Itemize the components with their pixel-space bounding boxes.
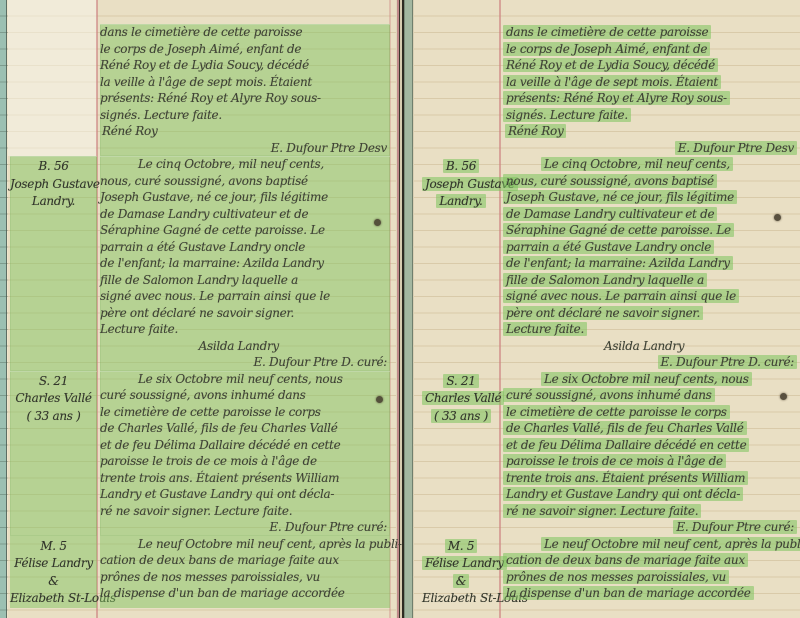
handwritten-text: E. Dufour Ptre Desv [271,141,387,155]
handwritten-text: curé soussigné, avons inhumé dans [100,388,306,402]
text-line: Réné Roy et de Lydia Soucy, décédé [100,57,390,74]
handwritten-text: Félise Landry [422,556,507,570]
records-column: dans le cimetière de cette paroissele co… [422,0,800,618]
margin-annotations: M. 5Félise Landry&Elizabeth St-Louis [422,536,500,618]
text-line: cation de deux bans de mariage faite aux [100,552,390,569]
handwritten-text: & [48,574,58,588]
margin-annotation-line: ( 33 ans ) [10,408,97,426]
text-line: et de feu Délima Dallaire décédé en cett… [503,437,800,454]
handwritten-text: la dispense d'un ban de mariage accordée [503,586,754,600]
text-line: de Charles Vallé, fils de feu Charles Va… [100,420,390,437]
margin-annotation-line: Landry. [422,193,500,211]
handwritten-text: Le six Octobre mil neuf cents, nous [541,372,752,386]
text-line: la veille à l'âge de sept mois. Étaient [503,74,800,91]
text-line: E. Dufour Ptre Desv [100,140,390,157]
handwritten-text: Asilda Landry [604,339,684,353]
handwritten-text: Asilda Landry [199,339,279,353]
handwritten-text: parrain a été Gustave Landry oncle [503,240,714,254]
handwritten-text: Lecture faite. [100,322,178,336]
text-line: le corps de Joseph Aimé, enfant de [503,41,800,58]
record-text-block: Le six Octobre mil neuf cents, nouscuré … [503,371,800,536]
text-line: Landry et Gustave Landry qui ont décla- [100,486,390,503]
handwritten-text: Réné Roy et de Lydia Soucy, décédé [100,58,309,72]
parish-register-scan-spread: dans le cimetière de cette paroissele co… [0,0,800,618]
handwritten-text: Charles Vallé [422,391,504,405]
handwritten-text: père ont déclaré ne savoir signer. [503,306,703,320]
margin-annotation-line: Félise Landry [422,555,500,573]
text-line: Lecture faite. [503,321,800,338]
record-text-block: Le neuf Octobre mil neuf cent, après la … [100,536,390,618]
handwritten-text: B. 56 [443,159,479,173]
text-line: Séraphine Gagné de cette paroisse. Le [503,222,800,239]
handwritten-text: père ont déclaré ne savoir signer. [100,306,294,320]
handwritten-text: Landry. [32,194,75,208]
record-burial-s21-charles-valle: S. 21Charles Vallé( 33 ans )Le six Octob… [422,371,800,536]
handwritten-text: de l'enfant; la marraine: Azilda Landry [100,256,324,270]
text-line: Le cinq Octobre, mil neuf cents, [100,156,390,173]
margin-annotations: B. 56Joseph GustaveLandry. [10,156,97,371]
text-line: Landry et Gustave Landry qui ont décla- [503,486,800,503]
record-text-block: Le six Octobre mil neuf cents, nouscuré … [100,371,390,536]
record-marriage-m5: M. 5Félise Landry&Elizabeth St-LouisLe n… [10,536,390,618]
handwritten-text: et de feu Délima Dallaire décédé en cett… [503,438,749,452]
handwritten-text: Lecture faite. [503,322,587,336]
text-line: Joseph Gustave, né ce jour, fils légitim… [100,189,390,206]
handwritten-text: ( 33 ans ) [26,409,80,423]
margin-annotations: B. 56Joseph GustaveLandry. [422,156,500,371]
handwritten-text: cation de deux bans de mariage faite aux [100,553,339,567]
handwritten-text: ré ne savoir signer. Lecture faite. [100,504,292,518]
text-line: de l'enfant; la marraine: Azilda Landry [100,255,390,272]
handwritten-text: de Damase Landry cultivateur et de [100,207,308,221]
handwritten-text: paroisse le trois de ce mois à l'âge de [503,454,726,468]
record-text-block: Le cinq Octobre, mil neuf cents,nous, cu… [503,156,800,371]
handwritten-text: Le neuf Octobre mil neuf cent, après la … [541,537,800,551]
handwritten-text: cation de deux bans de mariage faite aux [503,553,748,567]
text-line: parrain a été Gustave Landry oncle [503,239,800,256]
text-line: E. Dufour Ptre D. curé: [100,354,390,371]
text-line: ré ne savoir signer. Lecture faite. [100,503,390,520]
handwritten-text: S. 21 [39,374,68,388]
text-line: dans le cimetière de cette paroisse [100,24,390,41]
handwritten-text: E. Dufour Ptre Desv [675,141,797,155]
text-line: prônes de nos messes paroissiales, vu [100,569,390,586]
text-line: le cimetière de cette paroisse le corps [503,404,800,421]
text-line: nous, curé soussigné, avons baptisé [503,173,800,190]
handwritten-text: Joseph Gustave, né ce jour, fils légitim… [503,190,737,204]
handwritten-text: trente trois ans. Étaient présents Willi… [503,471,748,485]
handwritten-text: Félise Landry [14,556,93,570]
handwritten-text: M. 5 [445,539,477,553]
margin-annotations: M. 5Félise Landry&Elizabeth St-Louis [10,536,97,618]
margin-annotation-line: Joseph Gustave [10,176,97,194]
handwritten-text: la dispense d'un ban de mariage accordée [100,586,345,600]
record-burial-joseph-aime: dans le cimetière de cette paroissele co… [10,24,390,156]
text-line: trente trois ans. Étaient présents Willi… [503,470,800,487]
punch-hole [374,219,381,226]
handwritten-text: Le neuf Octobre mil neuf cent, après la … [138,537,402,551]
handwritten-text: signés. Lecture faite. [503,108,631,122]
handwritten-text: Séraphine Gagné de cette paroisse. Le [503,223,734,237]
text-line: la dispense d'un ban de mariage accordée [100,585,390,602]
text-line: Le neuf Octobre mil neuf cent, après la … [100,536,390,553]
text-line: Le cinq Octobre, mil neuf cents, [503,156,800,173]
handwritten-text: nous, curé soussigné, avons baptisé [100,174,308,188]
text-line: de l'enfant; la marraine: Azilda Landry [503,255,800,272]
text-line: prônes de nos messes paroissiales, vu [503,569,800,586]
record-text-block: dans le cimetière de cette paroissele co… [100,24,390,156]
text-line: et de feu Délima Dallaire décédé en cett… [100,437,390,454]
handwritten-text: fille de Salomon Landry laquelle a [100,273,298,287]
margin-annotation-line: M. 5 [422,538,500,556]
record-baptism-b56: B. 56Joseph GustaveLandry.Le cinq Octobr… [422,156,800,371]
handwritten-text: de Damase Landry cultivateur et de [503,207,717,221]
text-line: Le neuf Octobre mil neuf cent, après la … [503,536,800,553]
handwritten-text: B. 56 [38,159,68,173]
record-marriage-m5: M. 5Félise Landry&Elizabeth St-LouisLe n… [422,536,800,618]
text-line: nous, curé soussigné, avons baptisé [100,173,390,190]
text-line: curé soussigné, avons inhumé dans [503,387,800,404]
text-line: de Damase Landry cultivateur et de [100,206,390,223]
records-column: dans le cimetière de cette paroissele co… [10,0,390,618]
page-line-highlights: dans le cimetière de cette paroissele co… [414,0,800,618]
text-line: fille de Salomon Landry laquelle a [503,272,800,289]
text-line: le cimetière de cette paroisse le corps [100,404,390,421]
text-line: la dispense d'un ban de mariage accordée [503,585,800,602]
margin-annotations [422,24,500,156]
margin-annotation-line: B. 56 [10,158,97,176]
handwritten-text: signé avec nous. Le parrain ainsi que le [100,289,330,303]
margin-annotation-line: M. 5 [10,538,97,556]
text-line: fille de Salomon Landry laquelle a [100,272,390,289]
margin-annotation-line: Elizabeth St-Louis [422,590,500,608]
handwritten-text: Charles Vallé [15,391,91,405]
text-line: trente trois ans. Étaient présents Willi… [100,470,390,487]
margin-annotation-line: Charles Vallé [10,390,97,408]
text-line: E. Dufour Ptre curé: [503,519,800,536]
handwritten-text: Séraphine Gagné de cette paroisse. Le [100,223,325,237]
margin-annotation-line: Charles Vallé [422,390,500,408]
record-text-block: Le neuf Octobre mil neuf cent, après la … [503,536,800,618]
margin-annotation-line: S. 21 [10,373,97,391]
handwritten-text: E. Dufour Ptre D. curé: [254,355,388,369]
record-burial-joseph-aime: dans le cimetière de cette paroissele co… [422,24,800,156]
binding-edge-strip [0,0,8,618]
handwritten-text: Landry et Gustave Landry qui ont décla- [503,487,743,501]
handwritten-text: trente trois ans. Étaient présents Willi… [100,471,339,485]
text-line: dans le cimetière de cette paroisse [503,24,800,41]
text-line: Séraphine Gagné de cette paroisse. Le [100,222,390,239]
handwritten-text: présents: Réné Roy et Alyre Roy sous- [503,91,730,105]
handwritten-text: Le six Octobre mil neuf cents, nous [138,372,343,386]
text-line: de Charles Vallé, fils de feu Charles Va… [503,420,800,437]
handwritten-text: Réné Roy [505,124,566,138]
text-line: signés. Lecture faite. [503,107,800,124]
handwritten-text: fille de Salomon Landry laquelle a [503,273,707,287]
text-line: cation de deux bans de mariage faite aux [503,552,800,569]
book-gutter [396,0,414,618]
handwritten-text: le corps de Joseph Aimé, enfant de [100,42,301,56]
text-line: Réné Roy et de Lydia Soucy, décédé [503,57,800,74]
text-line: Le six Octobre mil neuf cents, nous [100,371,390,388]
handwritten-text: la veille à l'âge de sept mois. Étaient [503,75,721,89]
text-line: Le six Octobre mil neuf cents, nous [503,371,800,388]
handwritten-text: & [453,574,469,588]
record-text-block: dans le cimetière de cette paroissele co… [503,24,800,156]
margin-annotation-line: B. 56 [422,158,500,176]
record-text-block: Le cinq Octobre, mil neuf cents,nous, cu… [100,156,390,371]
page-region-highlights: dans le cimetière de cette paroissele co… [0,0,396,618]
text-line: Asilda Landry [100,338,390,355]
text-line: signé avec nous. Le parrain ainsi que le [503,288,800,305]
text-line: présents: Réné Roy et Alyre Roy sous- [503,90,800,107]
punch-hole [774,214,781,221]
handwritten-text: dans le cimetière de cette paroisse [503,25,711,39]
margin-annotations: S. 21Charles Vallé( 33 ans ) [422,371,500,536]
punch-hole [376,396,383,403]
handwritten-text: Le cinq Octobre, mil neuf cents, [138,157,324,171]
handwritten-text: ( 33 ans ) [431,409,491,423]
text-line: paroisse le trois de ce mois à l'âge de [100,453,390,470]
handwritten-text: le cimetière de cette paroisse le corps [100,405,321,419]
margin-annotation-line: Elizabeth St-Louis [10,590,97,608]
text-line: signé avec nous. Le parrain ainsi que le [100,288,390,305]
record-burial-s21-charles-valle: S. 21Charles Vallé( 33 ans )Le six Octob… [10,371,390,536]
text-line: la veille à l'âge de sept mois. Étaient [100,74,390,91]
handwritten-text: E. Dufour Ptre D. curé: [658,355,798,369]
margin-annotation-line: & [422,573,500,591]
text-line: Joseph Gustave, né ce jour, fils légitim… [503,189,800,206]
handwritten-text: ré ne savoir signer. Lecture faite. [503,504,701,518]
text-line: Lecture faite. [100,321,390,338]
text-line: curé soussigné, avons inhumé dans [100,387,390,404]
text-line: Asilda Landry [503,338,800,355]
handwritten-text: E. Dufour Ptre curé: [673,520,797,534]
handwritten-text: Landry. [436,194,485,208]
handwritten-text: le cimetière de cette paroisse le corps [503,405,730,419]
handwritten-text: prônes de nos messes paroissiales, vu [100,570,320,584]
text-line: paroisse le trois de ce mois à l'âge de [503,453,800,470]
text-line: E. Dufour Ptre D. curé: [503,354,800,371]
handwritten-text: Joseph Gustave [10,177,100,191]
handwritten-text: et de feu Délima Dallaire décédé en cett… [100,438,340,452]
handwritten-text: prônes de nos messes paroissiales, vu [503,570,729,584]
margin-annotation-line: S. 21 [422,373,500,391]
margin-annotation-line: Landry. [10,193,97,211]
handwritten-text: Réné Roy [102,124,157,138]
text-line: père ont déclaré ne savoir signer. [100,305,390,322]
margin-annotations [10,24,97,156]
handwritten-text: signés. Lecture faite. [100,108,222,122]
handwritten-text: la veille à l'âge de sept mois. Étaient [100,75,312,89]
text-line: parrain a été Gustave Landry oncle [100,239,390,256]
margin-annotation-line: ( 33 ans ) [422,408,500,426]
punch-hole [780,393,787,400]
handwritten-text: curé soussigné, avons inhumé dans [503,388,715,402]
handwritten-text: S. 21 [443,374,478,388]
margin-annotation-line: & [10,573,97,591]
handwritten-text: dans le cimetière de cette paroisse [100,25,302,39]
handwritten-text: Joseph Gustave, né ce jour, fils légitim… [100,190,328,204]
handwritten-text: Réné Roy et de Lydia Soucy, décédé [503,58,718,72]
margin-annotations: S. 21Charles Vallé( 33 ans ) [10,371,97,536]
text-line: présents: Réné Roy et Alyre Roy sous- [100,90,390,107]
handwritten-text: M. 5 [40,539,66,553]
margin-annotation-line: Félise Landry [10,555,97,573]
handwritten-text: E. Dufour Ptre curé: [269,520,387,534]
handwritten-text: paroisse le trois de ce mois à l'âge de [100,454,317,468]
margin-annotation-line: Joseph Gustave [422,176,500,194]
handwritten-text: nous, curé soussigné, avons baptisé [503,174,717,188]
text-line: signés. Lecture faite. [100,107,390,124]
text-line: de Damase Landry cultivateur et de [503,206,800,223]
handwritten-text: présents: Réné Roy et Alyre Roy sous- [100,91,321,105]
handwritten-text: parrain a été Gustave Landry oncle [100,240,305,254]
handwritten-text: Landry et Gustave Landry qui ont décla- [100,487,334,501]
handwritten-text: de Charles Vallé, fils de feu Charles Va… [503,421,747,435]
text-line: ré ne savoir signer. Lecture faite. [503,503,800,520]
handwritten-text: le corps de Joseph Aimé, enfant de [503,42,710,56]
text-line: Réné Roy [100,123,390,140]
handwritten-text: Le cinq Octobre, mil neuf cents, [541,157,733,171]
text-line: E. Dufour Ptre curé: [100,519,390,536]
text-line: E. Dufour Ptre Desv [503,140,800,157]
text-line: le corps de Joseph Aimé, enfant de [100,41,390,58]
text-line: Réné Roy [503,123,800,140]
text-line: père ont déclaré ne savoir signer. [503,305,800,322]
handwritten-text: signé avec nous. Le parrain ainsi que le [503,289,739,303]
handwritten-text: de Charles Vallé, fils de feu Charles Va… [100,421,338,435]
handwritten-text: de l'enfant; la marraine: Azilda Landry [503,256,733,270]
record-baptism-b56: B. 56Joseph GustaveLandry.Le cinq Octobr… [10,156,390,371]
